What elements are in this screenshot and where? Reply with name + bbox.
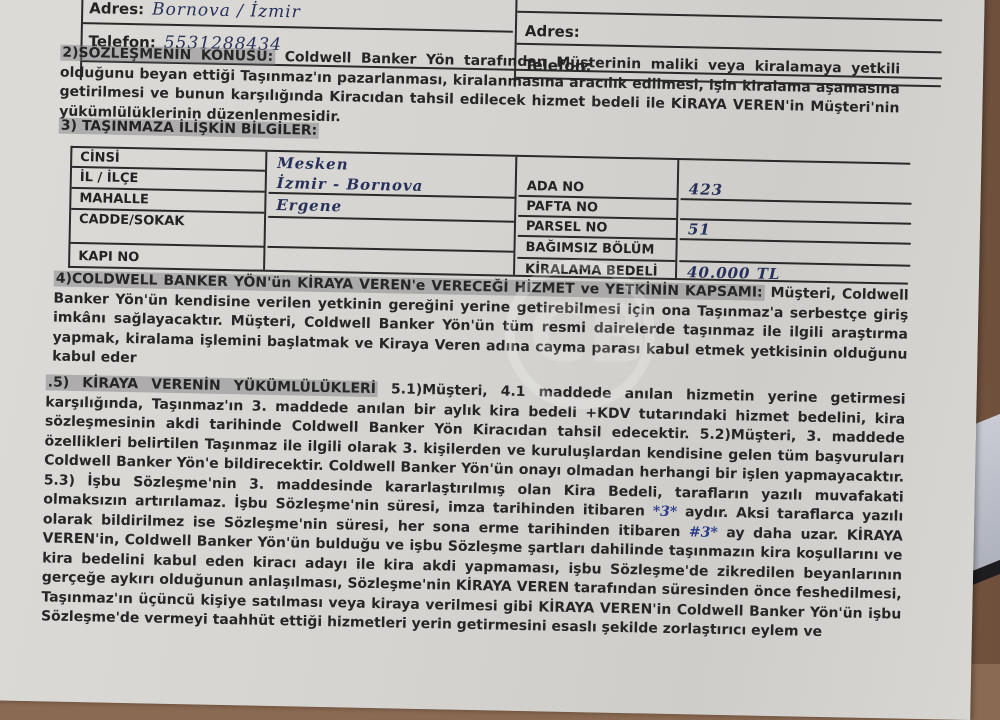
clause-5-2-label: 5.2): [700, 427, 732, 444]
property-right-values: 423 51 40.000 TL: [679, 160, 912, 283]
property-left-values: Mesken İzmir - Bornova Ergene: [267, 152, 517, 275]
address-label: Adres:: [89, 0, 144, 18]
property-left-labels: CİNSİ İL / İLÇE MAHALLE CADDE/SOKAK KAPI…: [70, 148, 267, 270]
address-label: Adres:: [525, 22, 580, 41]
section-2-title: 2)SÖZLEŞMENİN KONUSU:: [60, 45, 275, 65]
label-bagimsiz-bolum: BAĞIMSIZ BÖLÜM: [517, 237, 675, 262]
value-kapi-no: [267, 248, 513, 277]
property-right-block: ADA NO PAFTA NO PARSEL NO BAĞIMSIZ BÖLÜM…: [517, 157, 912, 283]
property-info-table: CİNSİ İL / İLÇE MAHALLE CADDE/SOKAK KAPI…: [68, 146, 910, 285]
extension-months-handwritten: #3*: [689, 524, 718, 541]
clause-5-3-label: 5.3): [44, 472, 76, 489]
contract-page: Adres: Bornova / İzmir Telefon: 55312884…: [0, 0, 985, 664]
label-kapi-no: KAPI NO: [70, 244, 263, 272]
clause-5-3-part-c: ay daha uzar. KİRAYA VEREN'in, Coldwell …: [41, 525, 903, 640]
section-4: 4)COLDWELL BANKER YÖN'ün KİRAYA VEREN'e …: [52, 270, 909, 385]
address-value: Bornova / İzmir: [152, 0, 301, 22]
value-cadde-sokak: [267, 218, 514, 253]
duration-months-handwritten: *3*: [653, 504, 678, 520]
clause-5-1-label: 5.1): [391, 381, 423, 398]
duration-months-value: 3: [660, 504, 670, 520]
section-5-title: .5) KİRAYA VERENİN YÜKÜMLÜLÜKLERİ: [46, 374, 379, 397]
property-left-block: CİNSİ İL / İLÇE MAHALLE CADDE/SOKAK KAPI…: [70, 148, 517, 275]
party-right-address-row: Adres:: [517, 15, 943, 54]
property-right-labels: ADA NO PAFTA NO PARSEL NO BAĞIMSIZ BÖLÜM…: [517, 157, 679, 278]
extension-months-value: 3: [701, 524, 711, 540]
section-4-body: Müşteri, Coldwell Banker Yön'ün kendisin…: [52, 285, 909, 366]
section-5: .5) KİRAYA VERENİN YÜKÜMLÜLÜKLERİ 5.1)Mü…: [41, 373, 906, 644]
label-cadde-sokak: CADDE/SOKAK: [71, 210, 265, 248]
contract-content: Adres: Bornova / İzmir Telefon: 55312884…: [80, 0, 912, 97]
